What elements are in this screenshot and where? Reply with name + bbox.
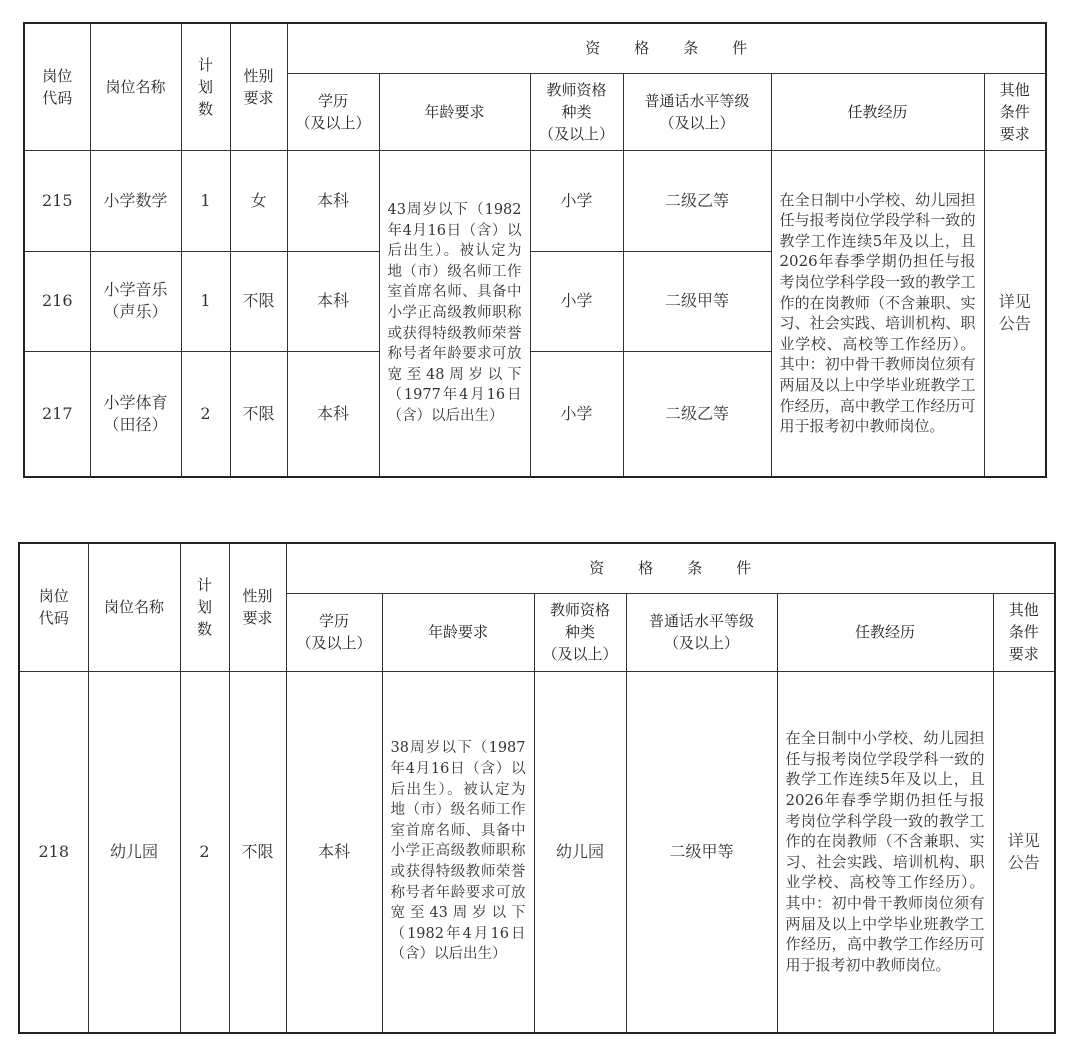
header-gender: 性别 要求 [230, 23, 287, 150]
gender: 不限 [230, 351, 287, 477]
cert-type: 小学 [530, 150, 623, 251]
header-post-code: 岗位 代码 [19, 543, 88, 671]
education: 本科 [287, 251, 379, 351]
gender: 不限 [229, 671, 286, 1033]
recruitment-table-1: 岗位 代码 岗位名称 计 划 数 性别 要求 资格条件 学历 （及以上） 年龄要… [23, 22, 1047, 478]
header-education: 学历 （及以上） [287, 73, 379, 150]
header-other-requirements: 其他 条件 要求 [993, 593, 1055, 671]
post-code: 218 [19, 671, 88, 1033]
mandarin-level: 二级乙等 [623, 150, 771, 251]
post-name: 小学音乐 （声乐） [90, 251, 181, 351]
mandarin-level: 二级甲等 [626, 671, 777, 1033]
gender: 不限 [230, 251, 287, 351]
header-mandarin-level: 普通话水平等级 （及以上） [626, 593, 777, 671]
plan-count: 2 [180, 671, 229, 1033]
mandarin-level: 二级乙等 [623, 351, 771, 477]
education: 本科 [287, 351, 379, 477]
header-cert-type: 教师资格 种类 （及以上） [534, 593, 626, 671]
age-requirement: 38周岁以下（1987年4月16日（含）以后出生）。被认定为地（市）级名师工作室… [382, 671, 534, 1033]
post-code: 216 [24, 251, 90, 351]
teaching-experience: 在全日制中小学校、幼儿园担任与报考岗位学段学科一致的教学工作连续5年及以上，且2… [777, 671, 993, 1033]
header-cert-type: 教师资格 种类 （及以上） [530, 73, 623, 150]
post-name: 小学体育 （田径） [90, 351, 181, 477]
plan-count: 2 [181, 351, 230, 477]
cert-type: 小学 [530, 351, 623, 477]
post-name: 小学数学 [90, 150, 181, 251]
header-post-code: 岗位 代码 [24, 23, 90, 150]
header-teaching-experience: 任教经历 [777, 593, 993, 671]
recruitment-table-2: 岗位 代码 岗位名称 计 划 数 性别 要求 资格条件 学历 （及以上） 年龄要… [18, 542, 1056, 1034]
post-name: 幼儿园 [88, 671, 180, 1033]
header-qualifications: 资格条件 [287, 23, 1046, 73]
cert-type: 小学 [530, 251, 623, 351]
mandarin-level: 二级甲等 [623, 251, 771, 351]
header-qualifications: 资格条件 [286, 543, 1055, 593]
post-code: 215 [24, 150, 90, 251]
table-row: 215 小学数学 1 女 本科 43周岁以下（1982年4月16日（含）以后出生… [24, 150, 1046, 251]
header-teaching-experience: 任教经历 [771, 73, 984, 150]
header-age: 年龄要求 [379, 73, 530, 150]
post-code: 217 [24, 351, 90, 477]
table-row: 218 幼儿园 2 不限 本科 38周岁以下（1987年4月16日（含）以后出生… [19, 671, 1055, 1033]
header-plan-count: 计 划 数 [181, 23, 230, 150]
age-requirement: 43周岁以下（1982年4月16日（含）以后出生）。被认定为地（市）级名师工作室… [379, 150, 530, 477]
header-other-requirements: 其他 条件 要求 [984, 73, 1046, 150]
gender: 女 [230, 150, 287, 251]
other-requirements: 详见 公告 [984, 150, 1046, 477]
header-education: 学历 （及以上） [286, 593, 382, 671]
other-requirements: 详见 公告 [993, 671, 1055, 1033]
teaching-experience: 在全日制中小学校、幼儿园担任与报考岗位学段学科一致的教学工作连续5年及以上，且2… [771, 150, 984, 477]
plan-count: 1 [181, 150, 230, 251]
header-post-name: 岗位名称 [90, 23, 181, 150]
cert-type: 幼儿园 [534, 671, 626, 1033]
header-plan-count: 计 划 数 [180, 543, 229, 671]
header-post-name: 岗位名称 [88, 543, 180, 671]
education: 本科 [286, 671, 382, 1033]
header-mandarin-level: 普通话水平等级 （及以上） [623, 73, 771, 150]
plan-count: 1 [181, 251, 230, 351]
header-gender: 性别 要求 [229, 543, 286, 671]
education: 本科 [287, 150, 379, 251]
header-age: 年龄要求 [382, 593, 534, 671]
